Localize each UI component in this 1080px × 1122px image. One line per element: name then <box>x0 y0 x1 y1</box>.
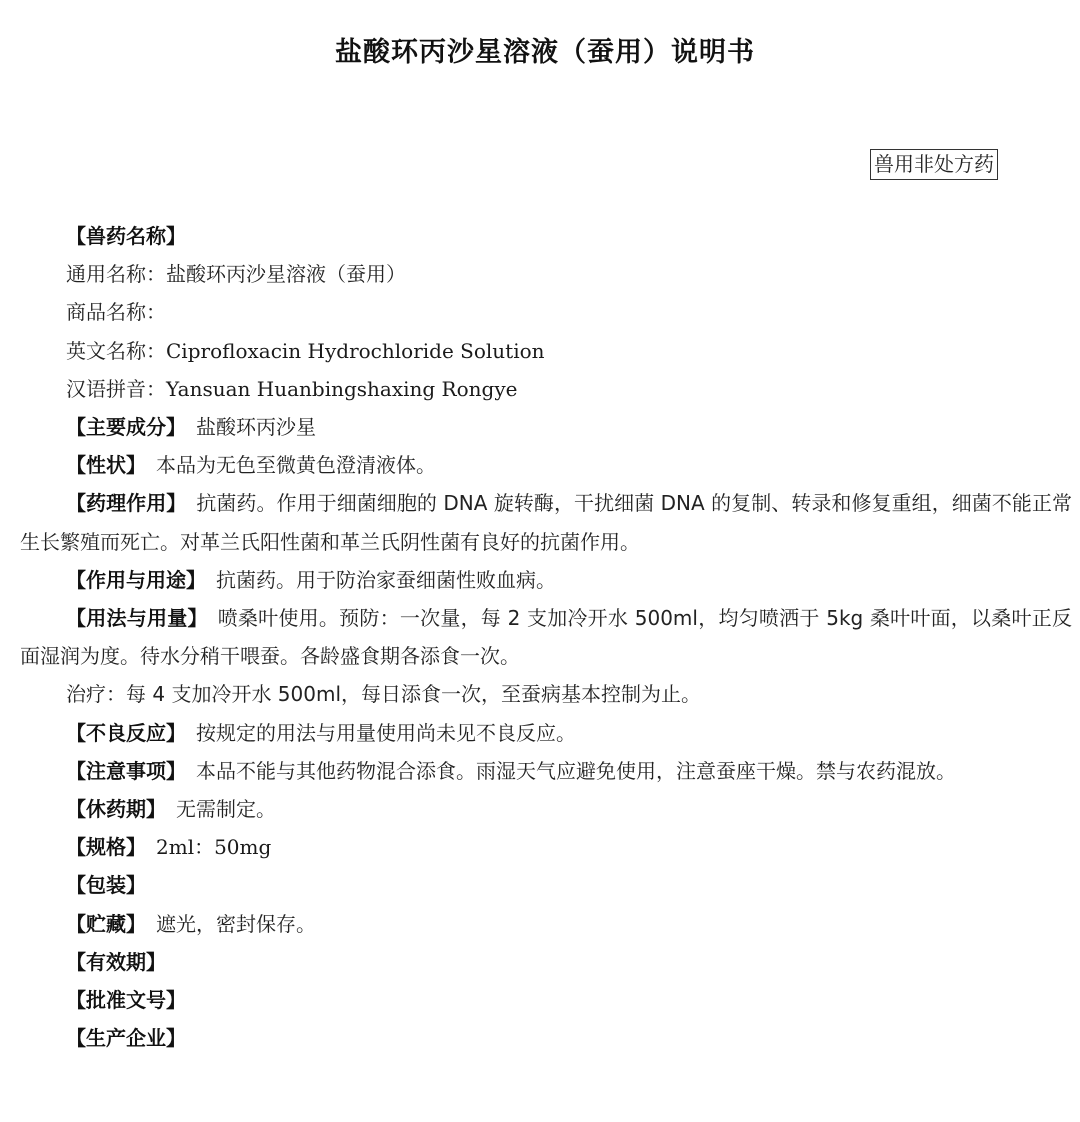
pinyin-name-value: Yansuan Huanbingshaxing Rongye <box>166 377 517 401</box>
section-ingredient: 【主要成分】盐酸环丙沙星 <box>20 408 1072 446</box>
english-name-row: 英文名称：Ciprofloxacin Hydrochloride Solutio… <box>20 332 1072 370</box>
ingredient-text: 盐酸环丙沙星 <box>196 415 316 439</box>
dosage-treatment-text: 治疗：每 4 支加冷开水 500ml，每日添食一次，至蚕病基本控制为止。 <box>66 682 701 706</box>
section-heading-dosage: 【用法与用量】 <box>66 606 208 630</box>
section-heading-appearance: 【性状】 <box>66 453 146 477</box>
section-pharmacology: 【药理作用】抗菌药。作用于细菌细胞的 DNA 旋转酶，干扰细菌 DNA 的复制、… <box>20 484 1072 560</box>
document-body: 【兽药名称】 通用名称：盐酸环丙沙星溶液（蚕用） 商品名称： 英文名称：Cipr… <box>20 217 1072 1057</box>
section-indications: 【作用与用途】抗菌药。用于防治家蚕细菌性败血病。 <box>20 561 1072 599</box>
generic-name-value: 盐酸环丙沙星溶液（蚕用） <box>166 262 406 286</box>
generic-name-label: 通用名称： <box>66 262 166 286</box>
section-package: 【包装】 <box>20 866 1072 904</box>
document-title: 盐酸环丙沙星溶液（蚕用）说明书 <box>0 30 1080 69</box>
otc-badge: 兽用非处方药 <box>870 149 998 180</box>
english-name-label: 英文名称： <box>66 339 166 363</box>
section-heading-package: 【包装】 <box>66 873 146 897</box>
english-name-value: Ciprofloxacin Hydrochloride Solution <box>166 339 545 363</box>
section-precautions: 【注意事项】本品不能与其他药物混合添食。雨湿天气应避免使用，注意蚕座干燥。禁与农… <box>20 752 1072 790</box>
precautions-text: 本品不能与其他药物混合添食。雨湿天气应避免使用，注意蚕座干燥。禁与农药混放。 <box>196 759 956 783</box>
section-specification: 【规格】2ml：50mg <box>20 828 1072 866</box>
section-withdrawal: 【休药期】无需制定。 <box>20 790 1072 828</box>
generic-name-row: 通用名称：盐酸环丙沙星溶液（蚕用） <box>20 255 1072 293</box>
section-heading-adverse: 【不良反应】 <box>66 721 186 745</box>
section-storage: 【贮藏】遮光，密封保存。 <box>20 905 1072 943</box>
section-manufacturer: 【生产企业】 <box>20 1019 1072 1057</box>
section-heading-approval: 【批准文号】 <box>66 988 186 1012</box>
trade-name-label: 商品名称： <box>66 300 166 324</box>
section-name: 【兽药名称】 <box>20 217 1072 255</box>
appearance-text: 本品为无色至微黄色澄清液体。 <box>156 453 436 477</box>
adverse-text: 按规定的用法与用量使用尚未见不良反应。 <box>196 721 576 745</box>
section-heading-withdrawal: 【休药期】 <box>66 797 166 821</box>
storage-text: 遮光，密封保存。 <box>156 912 316 936</box>
section-heading-precautions: 【注意事项】 <box>66 759 186 783</box>
section-heading-name: 【兽药名称】 <box>66 224 186 248</box>
section-heading-manufacturer: 【生产企业】 <box>66 1026 186 1050</box>
section-heading-expiry: 【有效期】 <box>66 950 166 974</box>
section-expiry: 【有效期】 <box>20 943 1072 981</box>
specification-text: 2ml：50mg <box>156 835 271 859</box>
section-appearance: 【性状】本品为无色至微黄色澄清液体。 <box>20 446 1072 484</box>
pinyin-name-label: 汉语拼音： <box>66 377 166 401</box>
indications-text: 抗菌药。用于防治家蚕细菌性败血病。 <box>216 568 556 592</box>
section-heading-specification: 【规格】 <box>66 835 146 859</box>
section-approval: 【批准文号】 <box>20 981 1072 1019</box>
withdrawal-text: 无需制定。 <box>176 797 276 821</box>
section-adverse: 【不良反应】按规定的用法与用量使用尚未见不良反应。 <box>20 714 1072 752</box>
section-heading-pharmacology: 【药理作用】 <box>66 491 186 515</box>
section-dosage: 【用法与用量】喷桑叶使用。预防：一次量，每 2 支加冷开水 500ml，均匀喷洒… <box>20 599 1072 675</box>
dosage-treatment-row: 治疗：每 4 支加冷开水 500ml，每日添食一次，至蚕病基本控制为止。 <box>20 675 1072 713</box>
trade-name-row: 商品名称： <box>20 293 1072 331</box>
section-heading-storage: 【贮藏】 <box>66 912 146 936</box>
section-heading-ingredient: 【主要成分】 <box>66 415 186 439</box>
section-heading-indications: 【作用与用途】 <box>66 568 206 592</box>
pinyin-name-row: 汉语拼音：Yansuan Huanbingshaxing Rongye <box>20 370 1072 408</box>
